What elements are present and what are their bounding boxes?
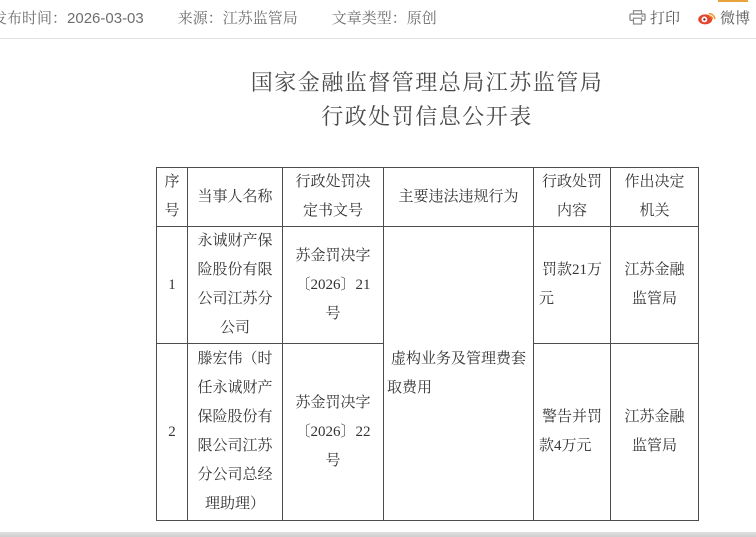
cell-party-1: 永诚财产保险股份有限公司江苏分公司 xyxy=(188,227,283,344)
header-index: 序号 xyxy=(157,168,188,227)
print-button[interactable]: 打印 xyxy=(629,7,680,28)
penalty-table: 序号 当事人名称 行政处罚决定书文号 主要违法违规行为 行政处罚内容 作出决定机… xyxy=(156,167,699,521)
article-source-value: 江苏监管局 xyxy=(223,10,298,27)
page-title-line2: 行政处罚信息公开表 xyxy=(156,100,698,134)
cell-index-1: 1 xyxy=(157,227,188,344)
article-meta-bar: 发布时间：2026-03-03 来源：江苏监管局 文章类型：原创 打印 xyxy=(0,0,756,39)
publish-time-label: 发布时间： xyxy=(0,10,67,27)
article-meta: 发布时间：2026-03-03 来源：江苏监管局 文章类型：原创 xyxy=(0,7,471,28)
cell-authority-2: 江苏金融监管局 xyxy=(611,344,699,521)
article-source: 来源：江苏监管局 xyxy=(178,7,298,28)
cell-index-2: 2 xyxy=(157,344,188,521)
weibo-share-button[interactable]: 微博 xyxy=(698,7,750,28)
weibo-icon xyxy=(698,9,720,25)
table-row: 1 永诚财产保险股份有限公司江苏分公司 苏金罚决字〔2026〕21号 虚构业务及… xyxy=(157,227,699,344)
table-header-row: 序号 当事人名称 行政处罚决定书文号 主要违法违规行为 行政处罚内容 作出决定机… xyxy=(157,168,699,227)
article-type-value: 原创 xyxy=(407,10,437,27)
page-title-line1: 国家金融监督管理总局江苏监管局 xyxy=(156,66,698,100)
cell-violation-merged: 虚构业务及管理费套取费用 xyxy=(384,227,534,521)
page-bottom-edge xyxy=(0,532,756,537)
cell-doc-no-2: 苏金罚决字〔2026〕22号 xyxy=(283,344,384,521)
publish-time-value: 2026-03-03 xyxy=(67,10,144,27)
share-actions: 打印 微博 xyxy=(611,7,750,28)
header-violation: 主要违法违规行为 xyxy=(384,168,534,227)
cell-party-2: 滕宏伟（时任永诚财产保险股份有限公司江苏分公司总经理助理） xyxy=(188,344,283,521)
header-penalty: 行政处罚内容 xyxy=(534,168,611,227)
article-type-label: 文章类型： xyxy=(332,10,407,27)
print-button-label: 打印 xyxy=(650,7,680,28)
article-source-label: 来源： xyxy=(178,10,223,27)
cell-doc-no-1: 苏金罚决字〔2026〕21号 xyxy=(283,227,384,344)
publish-time: 发布时间：2026-03-03 xyxy=(0,7,144,28)
printer-icon xyxy=(629,10,650,25)
article-type: 文章类型：原创 xyxy=(332,7,437,28)
weibo-share-label: 微博 xyxy=(720,7,750,28)
cell-penalty-1: 罚款21万元 xyxy=(534,227,611,344)
cropped-accent-fragment xyxy=(718,0,748,2)
header-party: 当事人名称 xyxy=(188,168,283,227)
header-authority: 作出决定机关 xyxy=(611,168,699,227)
cell-authority-1: 江苏金融监管局 xyxy=(611,227,699,344)
page-title: 国家金融监督管理总局江苏监管局 行政处罚信息公开表 xyxy=(156,66,698,134)
header-doc-no: 行政处罚决定书文号 xyxy=(283,168,384,227)
cell-penalty-2: 警告并罚款4万元 xyxy=(534,344,611,521)
